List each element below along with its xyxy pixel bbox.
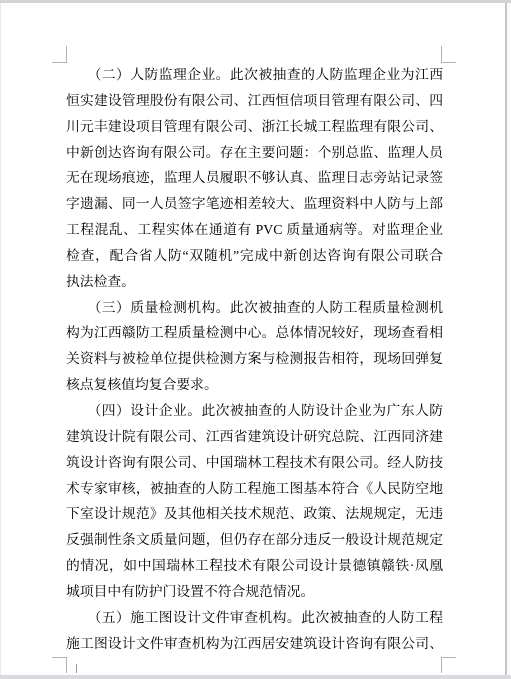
text-line[interactable]: 恒实建设管理股份有限公司、江西恒信项目管理有限公司、四 bbox=[66, 88, 443, 114]
paragraph: （五）施工图设计文件审查机构。此次被抽查的人防工程施工图设计文件审查机构为江西居… bbox=[66, 605, 443, 657]
text-line[interactable]: 构为江西赣防工程质量检测中心。总体情况较好，现场查看相 bbox=[66, 320, 443, 346]
paragraph: （三）质量检测机构。此次被抽查的人防工程质量检测机构为江西赣防工程质量检测中心。… bbox=[66, 295, 443, 398]
text-line[interactable]: 关资料与被检单位提供检测方案与检测报告相符，现场回弹复 bbox=[66, 346, 443, 372]
text-boundary-mark-top-left-icon bbox=[52, 46, 67, 63]
text-line[interactable]: 下室设计规范》及其他相关技术规范、政策、法规规定，无违 bbox=[66, 501, 443, 527]
text-line[interactable]: （四）设计企业。此次被抽查的人防设计企业为广东人防 bbox=[66, 398, 443, 424]
text-line[interactable]: 川元丰建设项目管理有限公司、浙江长城工程监理有限公司、 bbox=[66, 114, 443, 140]
window-edge-right-pad bbox=[507, 3, 511, 676]
text-boundary-mark-bottom-right-icon bbox=[441, 657, 456, 673]
paragraph: （二）人防监理企业。此次被抽查的人防监理企业为江西恒实建设管理股份有限公司、江西… bbox=[66, 62, 443, 295]
text-line[interactable]: 建筑设计院有限公司、江西省建筑设计研究总院、江西同济建 bbox=[66, 424, 443, 450]
text-boundary-mark-bottom-left-icon bbox=[52, 657, 67, 673]
text-line[interactable]: 检查，配合省人防“双随机”完成中新创达咨询有限公司联合 bbox=[66, 243, 443, 269]
window-edge-bottom bbox=[0, 675, 511, 679]
text-line[interactable]: 的情况，如中国瑞林工程技术有限公司设计景德镇赣铁·凤凰 bbox=[66, 553, 443, 579]
text-line[interactable]: 反强制性条文质量问题，但仍存在部分违反一般设计规范规定 bbox=[66, 527, 443, 553]
text-line[interactable]: 城项目中有防护门设置不符合规范情况。 bbox=[66, 579, 443, 605]
document-page: （二）人防监理企业。此次被抽查的人防监理企业为江西恒实建设管理股份有限公司、江西… bbox=[0, 0, 511, 679]
text-line[interactable]: （五）施工图设计文件审查机构。此次被抽查的人防工程 bbox=[66, 605, 443, 631]
document-text-area[interactable]: （二）人防监理企业。此次被抽查的人防监理企业为江西恒实建设管理股份有限公司、江西… bbox=[66, 62, 443, 656]
text-line[interactable]: 筑设计咨询有限公司、中国瑞林工程技术有限公司。经人防技 bbox=[66, 450, 443, 476]
text-line[interactable]: 中新创达咨询有限公司。存在主要问题：个别总监、监理人员 bbox=[66, 140, 443, 166]
text-line[interactable]: 核点复核值均复合要求。 bbox=[66, 372, 443, 398]
text-line[interactable]: （二）人防监理企业。此次被抽查的人防监理企业为江西 bbox=[66, 62, 443, 88]
text-line[interactable]: 无在现场痕迹，监理人员履职不够认真、监理日志旁站记录签 bbox=[66, 165, 443, 191]
text-line[interactable]: 术专家审核，被抽查的人防工程施工图基本符合《人民防空地 bbox=[66, 476, 443, 502]
text-boundary-mark-top-right-icon bbox=[441, 46, 456, 63]
text-line[interactable]: 执法检查。 bbox=[66, 269, 443, 295]
text-line[interactable]: 施工图设计文件审查机构为江西居安建筑设计咨询有限公司、 bbox=[66, 631, 443, 657]
text-line[interactable]: 工程混乱、工程实体在通道有 PVC 质量通病等。对监理企业的 bbox=[66, 217, 443, 243]
text-cursor bbox=[76, 664, 77, 673]
window-edge-left bbox=[0, 3, 1, 675]
text-line[interactable]: 字遗漏、同一人员签字笔迹相差较大、监理资料中人防与上部 bbox=[66, 191, 443, 217]
text-line[interactable]: （三）质量检测机构。此次被抽查的人防工程质量检测机 bbox=[66, 295, 443, 321]
window-edge-top bbox=[0, 0, 511, 3]
paragraph: （四）设计企业。此次被抽查的人防设计企业为广东人防建筑设计院有限公司、江西省建筑… bbox=[66, 398, 443, 605]
